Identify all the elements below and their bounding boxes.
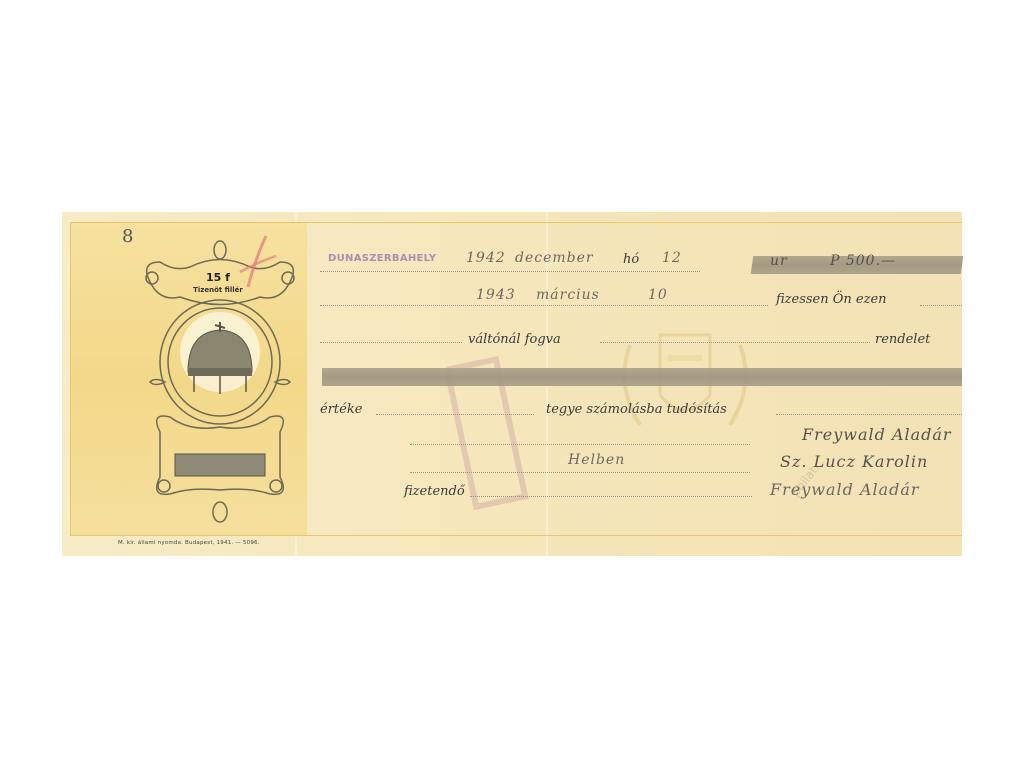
amount-value: P 500.—: [830, 253, 896, 269]
order-phrase: rendelet: [875, 332, 930, 347]
bill-phrase: váltónál fogva: [468, 332, 561, 347]
value-line: [376, 414, 534, 415]
pay-line: [920, 305, 962, 306]
due-month: március: [536, 287, 600, 303]
issue-day: 12: [662, 250, 682, 266]
amount-prefix: ur: [770, 253, 788, 269]
value-label: értéke: [320, 402, 362, 417]
bill-line-right: [600, 342, 870, 343]
date-line: [320, 271, 700, 272]
red-pencil-mark: [238, 232, 278, 290]
payable-label: fizetendő: [404, 484, 465, 499]
issue-month: december: [515, 250, 594, 266]
account-phrase: tegye számolásba tudósítás: [546, 402, 727, 417]
place-of-payment: Helben: [568, 452, 625, 468]
issue-year: 1942: [466, 250, 506, 266]
month-day-label: hó: [623, 252, 639, 267]
drawer-signature: Freywald Aladár: [802, 425, 952, 444]
payee-band: [322, 368, 962, 386]
place-line: [410, 472, 750, 473]
payable-line: [470, 496, 752, 497]
due-day: 10: [648, 287, 668, 303]
signature-line-1: [410, 444, 750, 445]
place-stamp: DUNASZERBAHELY: [328, 253, 436, 264]
account-line: [776, 414, 962, 415]
drawee-name: Sz. Lucz Karolin: [780, 452, 928, 471]
due-date-line: [320, 305, 768, 306]
pay-phrase: fizessen Ön ezen: [776, 292, 887, 307]
bill-line-left: [320, 342, 462, 343]
printer-imprint: M. kir. állami nyomda. Budapest, 1941. —…: [118, 540, 260, 546]
due-year: 1943: [476, 287, 516, 303]
